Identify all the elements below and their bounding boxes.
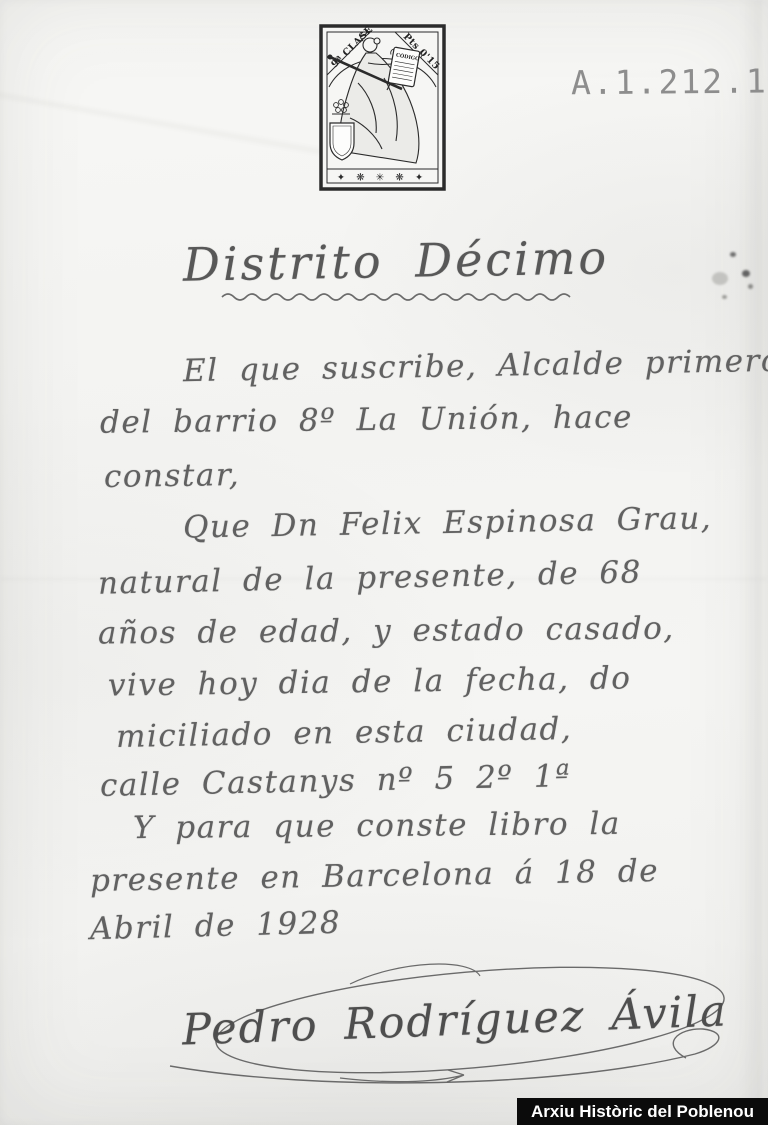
catalog-number-text: A.1.212.174 <box>571 61 768 102</box>
handwritten-line-11: presente en Barcelona á 18 de <box>90 853 660 899</box>
ink-speck <box>722 295 727 299</box>
handwritten-line-1: El que suscribe, Alcalde primero <box>183 343 768 389</box>
paper-edge-shadow <box>740 0 762 1125</box>
stamp-ornament-band: ✦ ❋ ✳ ❋ ✦ <box>337 173 428 184</box>
stamp-shield <box>330 123 354 160</box>
catalog-number: A.1.212.174✱ <box>571 61 768 102</box>
title-underline <box>220 288 576 302</box>
handwritten-line-7: vive hoy dia de la fecha, do <box>108 660 632 703</box>
handwritten-line-10: Y para que conste libro la <box>133 806 621 846</box>
archive-watermark-text: Arxiu Històric del Poblenou <box>531 1102 754 1122</box>
scanned-document: A.1.212.174✱ 9ª CLASE Pts 0'15 CÓDIGO <box>0 0 768 1125</box>
revenue-stamp: 9ª CLASE Pts 0'15 CÓDIGO <box>318 23 447 192</box>
handwritten-line-4: Que Dn Felix Espinosa Grau, <box>183 500 713 545</box>
ink-speck <box>730 252 736 257</box>
archive-watermark-bar: Arxiu Històric del Poblenou <box>517 1098 768 1125</box>
handwritten-line-12: Abril de 1928 <box>90 905 342 948</box>
handwritten-line-2: del barrio 8º La Unión, hace <box>100 399 633 441</box>
handwritten-line-6: años de edad, y estado casado, <box>98 610 675 651</box>
document-title: Distrito Décimo <box>183 230 610 291</box>
handwritten-line-8: miciliado en esta ciudad, <box>116 711 573 755</box>
handwritten-line-9: calle Castanys nº 5 2º 1ª <box>100 758 572 804</box>
paper-crease <box>0 84 357 160</box>
ink-speck <box>712 272 728 285</box>
handwritten-line-3: constar, <box>104 457 241 495</box>
handwritten-line-5: natural de la presente, de 68 <box>98 554 643 601</box>
ink-speck <box>742 270 750 277</box>
ink-speck <box>748 284 753 289</box>
